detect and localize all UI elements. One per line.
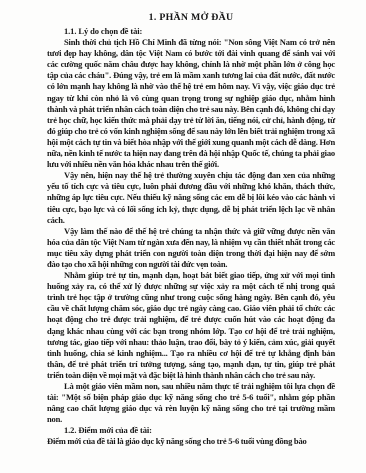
paragraph: Vậy làm thế nào để thế hệ trẻ chúng ta n…	[47, 226, 335, 270]
section-heading-1-2: 1.2. Điểm mới của đề tài:	[47, 425, 335, 436]
paragraph: Điểm mới của đề tài là giáo dục kỹ năng …	[47, 436, 335, 447]
document-page: 1. PHẦN MỞ ĐẦU 1.1. Lý do chọn đề tài: S…	[0, 0, 366, 473]
paragraph: Nhằm giúp trẻ tự tin, mạnh dạn, hoạt bát…	[47, 270, 335, 381]
paragraph: Là một giáo viên mầm non, sau nhiều năm …	[47, 381, 335, 425]
page-title: 1. PHẦN MỞ ĐẦU	[47, 12, 335, 24]
section-new-points: 1.2. Điểm mới của đề tài: Điểm mới của đ…	[47, 425, 335, 447]
paragraph: Sinh thời chủ tịch Hồ Chí Minh đã từng n…	[47, 37, 335, 170]
paragraph: Vậy nên, hiện nay thế hệ trẻ thường xuyê…	[47, 170, 335, 225]
section-heading-1-1: 1.1. Lý do chọn đề tài:	[47, 26, 335, 37]
section-intro-reason: 1.1. Lý do chọn đề tài: Sinh thời chủ tị…	[47, 26, 335, 425]
